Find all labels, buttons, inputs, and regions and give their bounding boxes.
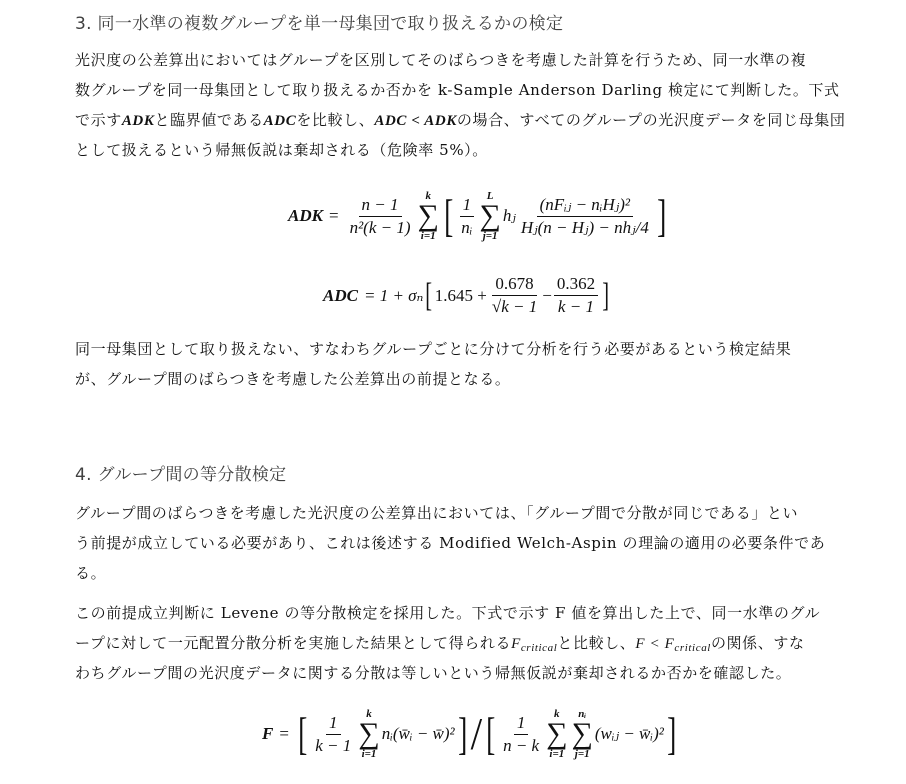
text-fragment: の関係、すな bbox=[711, 634, 805, 652]
document-page: 3. 同一水準の複数グループを単一母集団で取り扱えるかの検定 光沢度の公差算出に… bbox=[0, 0, 906, 784]
sum-lower: j=1 bbox=[575, 748, 590, 760]
sum-lower: i=1 bbox=[421, 230, 436, 242]
summation-icon: L ∑ j=1 bbox=[479, 190, 500, 242]
text-line: 同一母集団として取り扱えない、すなわちグループごとに分けて分析を行う必要があると… bbox=[75, 334, 835, 364]
equation-adk: ADK = n − 1 n²(k − 1) k ∑ i=1 [ 1 nᵢ L ∑… bbox=[288, 190, 669, 242]
summation-icon: k ∑ i=1 bbox=[358, 708, 379, 760]
text-line: う前提が成立している必要があり、これは後述する Modified Welch-A… bbox=[75, 528, 835, 558]
text-fragment: と臨界値である bbox=[154, 111, 263, 129]
text-fragment: ープに対して一元配置分散分析を実施した結果として得られる bbox=[75, 634, 511, 652]
equation-adc: ADC = 1 + σₙ [ 1.645 + 0.678 √k − 1 − 0.… bbox=[323, 274, 611, 317]
denominator: n − k bbox=[500, 735, 542, 756]
section-3-paragraph-2: 同一母集団として取り扱えない、すなわちグループごとに分けて分析を行う必要があると… bbox=[75, 334, 835, 394]
text-line: 光沢度の公差算出においてはグループを区別してそのばらつきを考慮した計算を行うため… bbox=[75, 45, 835, 75]
section-3-paragraph-1: 光沢度の公差算出においてはグループを区別してそのばらつきを考慮した計算を行うため… bbox=[75, 45, 835, 165]
math-adk: ADK bbox=[122, 113, 155, 129]
numerator: 0.678 bbox=[492, 274, 536, 296]
right-bracket-icon: ] bbox=[657, 193, 666, 239]
numerator: 1 bbox=[460, 195, 475, 217]
fraction: 1 k − 1 bbox=[312, 713, 354, 756]
fraction: 0.362 k − 1 bbox=[554, 274, 598, 317]
left-bracket-icon: [ bbox=[298, 711, 307, 757]
fraction: (nFᵢⱼ − nᵢHⱼ)² Hⱼ(n − Hⱼ) − nhⱼ/4 bbox=[518, 195, 652, 238]
sum-lower: j=1 bbox=[483, 230, 498, 242]
math-subscript: critical bbox=[674, 642, 711, 654]
text-fragment: と比較し、 bbox=[557, 634, 635, 652]
term-hj: hⱼ bbox=[503, 206, 516, 226]
denominator: √k − 1 bbox=[489, 296, 540, 317]
constant: 1.645 + bbox=[435, 286, 487, 306]
numerator: 0.362 bbox=[554, 274, 598, 296]
math-symbol: F < F bbox=[635, 636, 674, 652]
left-bracket-icon: [ bbox=[444, 193, 453, 239]
text-line: として扱えるという帰無仮説は棄却される（危険率 5%）。 bbox=[75, 135, 835, 165]
right-bracket-icon: ] bbox=[667, 711, 676, 757]
equation-f: F = [ 1 k − 1 k ∑ i=1 nᵢ(w̄ᵢ − w̄)² ] / … bbox=[262, 708, 679, 760]
text-line: が、グループ間のばらつきを考慮した公差算出の前提となる。 bbox=[75, 364, 835, 394]
eq-lhs: F bbox=[262, 724, 273, 744]
math-fcritical: Fcritical bbox=[511, 636, 557, 652]
eq-lhs: ADK bbox=[288, 206, 323, 226]
denominator: nᵢ bbox=[458, 217, 475, 238]
section-4-paragraph-2: この前提成立判断に Levene の等分散検定を採用した。下式で示す F 値を算… bbox=[75, 598, 835, 688]
left-bracket-icon: [ bbox=[426, 279, 433, 313]
summation-icon: k ∑ i=1 bbox=[546, 708, 567, 760]
eq-rhs-start: = 1 + σₙ bbox=[364, 286, 423, 306]
fraction: 1 n − k bbox=[500, 713, 542, 756]
section-3-heading: 3. 同一水準の複数グループを単一母集団で取り扱えるかの検定 bbox=[75, 9, 563, 34]
fraction: 0.678 √k − 1 bbox=[489, 274, 540, 317]
sum-lower: i=1 bbox=[549, 748, 564, 760]
term: (wᵢⱼ − w̄ᵢ)² bbox=[595, 724, 664, 744]
text-line: ープに対して一元配置分散分析を実施した結果として得られるFcriticalと比較… bbox=[75, 628, 835, 658]
minus: − bbox=[542, 286, 552, 306]
summation-icon: k ∑ i=1 bbox=[418, 190, 439, 242]
math-subscript: critical bbox=[521, 642, 558, 654]
sum-lower: i=1 bbox=[362, 748, 377, 760]
text-line: で示すADKと臨界値であるADCを比較し、ADC < ADKの場合、すべてのグル… bbox=[75, 105, 835, 135]
math-condition: F < Fcritical bbox=[635, 636, 711, 652]
text-line: グループ間のばらつきを考慮した光沢度の公差算出においては、「グループ間で分散が同… bbox=[75, 498, 835, 528]
summation-icon: nᵢ ∑ j=1 bbox=[572, 708, 593, 760]
left-bracket-icon: [ bbox=[486, 711, 495, 757]
denominator: Hⱼ(n − Hⱼ) − nhⱼ/4 bbox=[518, 217, 652, 238]
fraction: n − 1 n²(k − 1) bbox=[347, 195, 414, 238]
denominator: n²(k − 1) bbox=[347, 217, 414, 238]
numerator: (nFᵢⱼ − nᵢHⱼ)² bbox=[537, 195, 633, 217]
text-line: 数グループを同一母集団として取り扱えるか否かを k-Sample Anderso… bbox=[75, 75, 835, 105]
right-bracket-icon: ] bbox=[602, 279, 609, 313]
text-fragment: を比較し、 bbox=[296, 111, 374, 129]
text-fragment: で示す bbox=[75, 111, 122, 129]
section-4-paragraph-1: グループ間のばらつきを考慮した光沢度の公差算出においては、「グループ間で分散が同… bbox=[75, 498, 835, 588]
division-slash-icon: / bbox=[471, 711, 483, 757]
eq-equals: = bbox=[279, 724, 289, 744]
math-adc: ADC bbox=[264, 113, 297, 129]
term: nᵢ(w̄ᵢ − w̄)² bbox=[382, 724, 455, 744]
numerator: n − 1 bbox=[359, 195, 402, 217]
denominator: k − 1 bbox=[312, 735, 354, 756]
numerator: 1 bbox=[514, 713, 529, 735]
math-symbol: F bbox=[511, 636, 521, 652]
text-fragment: の場合、すべてのグループの光沢度データを同じ母集団 bbox=[457, 111, 846, 129]
text-line: わちグループ間の光沢度データに関する分散は等しいという帰無仮説が棄却されるか否か… bbox=[75, 658, 835, 688]
text-line: この前提成立判断に Levene の等分散検定を採用した。下式で示す F 値を算… bbox=[75, 598, 835, 628]
right-bracket-icon: ] bbox=[458, 711, 467, 757]
numerator: 1 bbox=[326, 713, 341, 735]
fraction: 1 nᵢ bbox=[458, 195, 475, 238]
eq-lhs: ADC bbox=[323, 286, 358, 306]
math-condition: ADC < ADK bbox=[374, 113, 457, 129]
denominator: k − 1 bbox=[555, 296, 597, 317]
text-line: る。 bbox=[75, 558, 835, 588]
eq-equals: = bbox=[329, 206, 339, 226]
section-4-heading: 4. グループ間の等分散検定 bbox=[75, 460, 286, 485]
